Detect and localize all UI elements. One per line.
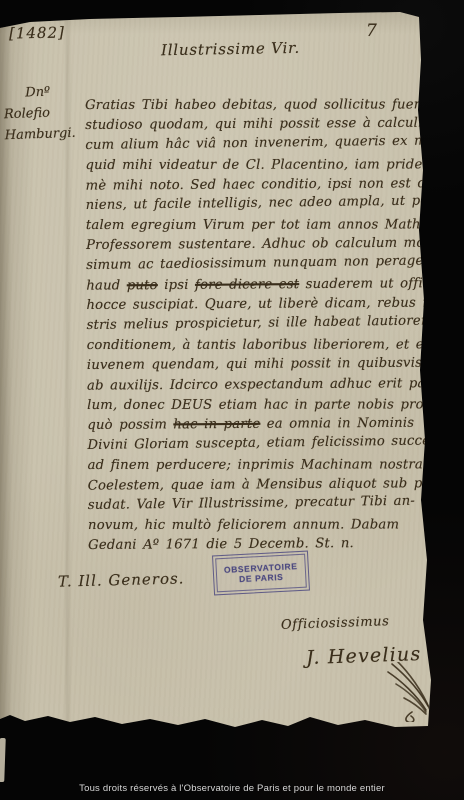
letter-line: Gratias Tibi habeo debitas, quod sollici…: [85, 95, 464, 116]
observatoire-stamp-text: OBSERVATOIRE DE PARIS: [215, 554, 307, 593]
letter-text: sudat. Vale Vir Illustrissime, precatur …: [88, 494, 415, 513]
letter-text: talem egregium Virum per tot iam annos M…: [86, 217, 459, 233]
letter-text: quid mihi videatur de Cl. Placentino, ia…: [85, 157, 464, 173]
letter-text: Professorem sustentare. Adhuc ob calculu…: [86, 235, 464, 253]
letter-text: niens, ut facile intelligis, nec adeo am…: [86, 193, 453, 213]
letter-text: ab auxilijs. Idcirco exspectandum adhuc …: [87, 376, 457, 394]
letter-text: cum alium hâc viâ non invenerim, quaeris…: [85, 133, 439, 153]
signature-flourish-icon: [386, 662, 434, 722]
letter-line: ad finem perducere; inprimis Machinam no…: [88, 455, 464, 476]
manuscript-page: [1482] 7 Illustrissime Vir. Dnº Rolefio …: [0, 0, 464, 800]
margin-note-line: Hamburgi.: [4, 123, 76, 146]
letter-text: Divini Gloriam suscepta, etiam felicissi…: [87, 433, 453, 453]
letter-text: simum ac taediosissimum nunquam non pera…: [86, 253, 462, 273]
margin-note-line: Dnº: [25, 81, 75, 104]
salutation-header: Illustrissime Vir.: [161, 39, 300, 59]
strikethrough-text: fore dicere est: [195, 277, 299, 293]
letter-line: niens, ut facile intelligis, nec adeo am…: [86, 191, 464, 216]
letter-text: studioso quodam, qui mihi possit esse à …: [85, 115, 455, 133]
letter-line: ab auxilijs. Idcirco exspectandum adhuc …: [87, 374, 464, 397]
letter-line: talem egregium Virum per tot iam annos M…: [86, 215, 464, 236]
letter-text: Gedani Aº 1671 die 5 Decemb. St. n.: [88, 536, 354, 553]
letter-text: suaderem ut officium: [299, 276, 456, 292]
letter-line: sudat. Vale Vir Illustrissime, precatur …: [88, 491, 464, 516]
stamp-line: DE PARIS: [239, 572, 284, 584]
adjacent-page-edge: [0, 738, 6, 782]
page-number: 7: [366, 21, 377, 41]
strikethrough-text: puto: [127, 278, 158, 293]
observatoire-stamp: OBSERVATOIRE DE PARIS: [212, 551, 310, 596]
letter-text: novum, hic multò feliciorem annum. Dabam: [88, 517, 399, 533]
letter-line: lum, donec DEUS etiam hac in parte nobis…: [87, 395, 464, 416]
margin-note-addressee: Dnº Rolefio Hamburgi.: [3, 81, 76, 146]
letter-text: conditionem, à tantis laboribus liberior…: [87, 337, 441, 353]
closing-abbreviation: T. Ill. Generos.: [58, 569, 185, 590]
letter-text: iuvenem quendam, qui mihi possit in quib…: [87, 355, 459, 373]
letter-line: cum alium hâc viâ non invenerim, quaeris…: [85, 131, 464, 156]
copyright-footer: Tous droits réservés à l'Observatoire de…: [0, 783, 464, 794]
letter-line: iuvenem quendam, qui mihi possit in quib…: [87, 353, 464, 376]
letter-line: haud puto ipsi fore dicere est suaderem …: [86, 274, 464, 297]
letter-text: quò possim: [87, 417, 173, 433]
margin-note-line: Rolefio: [4, 102, 76, 125]
letter-text: haud: [86, 278, 127, 293]
letter-text: stris melius prospicietur, si ille habea…: [87, 313, 434, 333]
letter-text: lum, donec DEUS etiam hac in parte nobis…: [87, 397, 464, 413]
strikethrough-text: hac in parte: [173, 417, 260, 433]
letter-body: Gratias Tibi habeo debitas, quod sollici…: [85, 93, 464, 556]
letter-line: novum, hic multò feliciorem annum. Dabam: [88, 515, 464, 536]
letter-line: quid mihi videatur de Cl. Placentino, ia…: [85, 155, 464, 176]
valediction: Officiosissimus: [281, 614, 390, 633]
letter-text: ipsi: [158, 278, 195, 293]
inventory-number: [1482]: [9, 24, 65, 43]
letter-line: simum ac taediosissimum nunquam non pera…: [86, 251, 464, 276]
letter-line: Divini Gloriam suscepta, etiam felicissi…: [87, 431, 464, 456]
letter-text: ea omnia in Nominis: [260, 416, 414, 432]
letter-text: ad finem perducere; inprimis Machinam no…: [88, 457, 436, 473]
letter-line: conditionem, à tantis laboribus liberior…: [87, 335, 464, 356]
letter-line: stris melius prospicietur, si ille habea…: [86, 311, 464, 336]
letter-text: Gratias Tibi habeo debitas, quod sollici…: [85, 97, 455, 113]
letter-text: hocce suscipiat. Quare, ut liberè dicam,…: [86, 296, 443, 313]
